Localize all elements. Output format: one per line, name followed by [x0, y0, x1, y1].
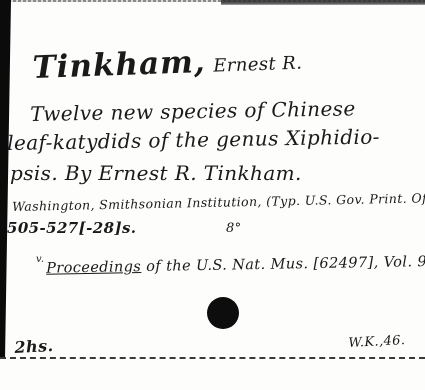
- format-notation: 8°: [226, 221, 242, 236]
- author-surname: Tinkham,: [32, 44, 206, 86]
- title-line: leaf-katydids of the genus Xiphidio-: [7, 124, 380, 155]
- title-line: Twelve new species of Chinese: [30, 96, 356, 126]
- reference-line: v. Proceedings of the U.S. Nat. Mus. [62…: [30, 252, 425, 276]
- reference-series-title: Proceedings: [46, 259, 141, 277]
- author-forename: Ernest R.: [213, 53, 303, 77]
- imprint-line: Washington, Smithsonian Institution, (Ty…: [12, 189, 425, 214]
- scan-top-edge-artifact-dark: [221, 0, 425, 5]
- author-heading: Tinkham, Ernest R.: [32, 41, 303, 86]
- title-line: psis. By Ernest R. Tinkham.: [10, 161, 302, 185]
- bottom-left-annotation: 2hs.: [14, 336, 54, 357]
- hole-punch: [207, 297, 239, 329]
- pagination-line: 505-527[-28]s.: [7, 219, 136, 237]
- reference-detail: of the U.S. Nat. Mus. [62497], Vol. 94. …: [146, 252, 425, 274]
- card-bottom-edge: [0, 357, 425, 359]
- scanned-catalog-card: Tinkham, Ernest R. Twelve new species of…: [0, 0, 425, 390]
- bottom-right-annotation: W.K.,46.: [348, 333, 406, 351]
- reference-prefix: v.: [36, 254, 45, 265]
